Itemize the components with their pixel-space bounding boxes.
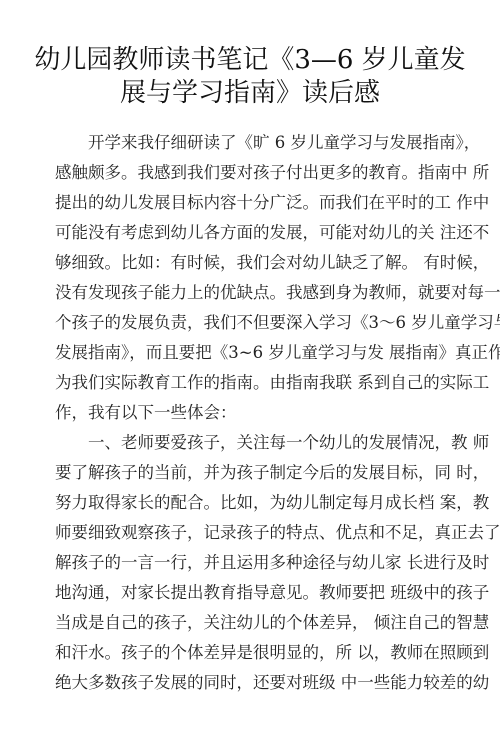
- title-line-1: 幼儿园教师读书笔记《3—6 岁儿童发: [0, 44, 500, 77]
- paragraph-2-line: 和汗水。孩子的个体差异是很明显的，所 以，教师在照顾到: [55, 638, 475, 668]
- paragraph-2-line: 一、老师要爱孩子，关注每一个幼儿的发展情况，教 师: [55, 428, 475, 458]
- paragraph-2-line: 绝大多数孩子发展的同时，还要对班级 中一些能力较差的幼: [55, 668, 475, 698]
- paragraph-1-line: 个孩子的发展负责，我们不但要深入学习《3～6 岁儿童学习与: [55, 308, 475, 338]
- paragraph-1-line: 提出的幼儿发展目标内容十分广泛。而我们在平时的工 作中: [55, 188, 475, 218]
- paragraph-1-line: 没有发现孩子能力上的优缺点。我感到身为教师，就要对每一: [55, 278, 475, 308]
- paragraph-1-line: 感触颇多。我感到我们要对孩子付出更多的教育。指南中 所: [55, 158, 475, 188]
- paragraph-1-line: 为我们实际教育工作的指南。由指南我联 系到自己的实际工: [55, 368, 475, 398]
- paragraph-2-line: 地沟通，对家长提出教育指导意见。教师要把 班级中的孩子: [55, 578, 475, 608]
- paragraph-1-line: 可能没有考虑到幼儿各方面的发展，可能对幼儿的关 注还不: [55, 218, 475, 248]
- paragraph-2-line: 当成是自己的孩子，关注幼儿的个体差异， 倾注自己的智慧: [55, 608, 475, 638]
- paragraph-1-line: 发展指南》，而且要把《3~6 岁儿童学习与发 展指南》真正作: [55, 338, 475, 368]
- paragraph-1-line: 够细致。比如：有时候，我们会对幼儿缺乏了解。 有时候，: [55, 248, 475, 278]
- paragraph-2-line: 要了解孩子的当前，并为孩子制定今后的发展目标，同 时，: [55, 458, 475, 488]
- paragraph-2-line: 师要细致观察孩子，记录孩子的特点、优点和不足，真正去了: [55, 518, 475, 548]
- paragraph-1-line: 开学来我仔细研读了《旷 6 岁儿童学习与发展指南》，: [55, 128, 475, 158]
- paragraph-2-line: 解孩子的一言一行，并且运用多种途径与幼儿家 长进行及时: [55, 548, 475, 578]
- document-body: 开学来我仔细研读了《旷 6 岁儿童学习与发展指南》， 感触颇多。我感到我们要对孩…: [55, 128, 475, 698]
- title-line-2: 展与学习指南》读后感: [0, 77, 500, 110]
- paragraph-2-line: 努力取得家长的配合。比如，为幼儿制定每月成长档 案，教: [55, 488, 475, 518]
- paragraph-1-line: 作，我有以下一些体会：: [55, 398, 475, 428]
- document-title: 幼儿园教师读书笔记《3—6 岁儿童发 展与学习指南》读后感: [0, 44, 500, 110]
